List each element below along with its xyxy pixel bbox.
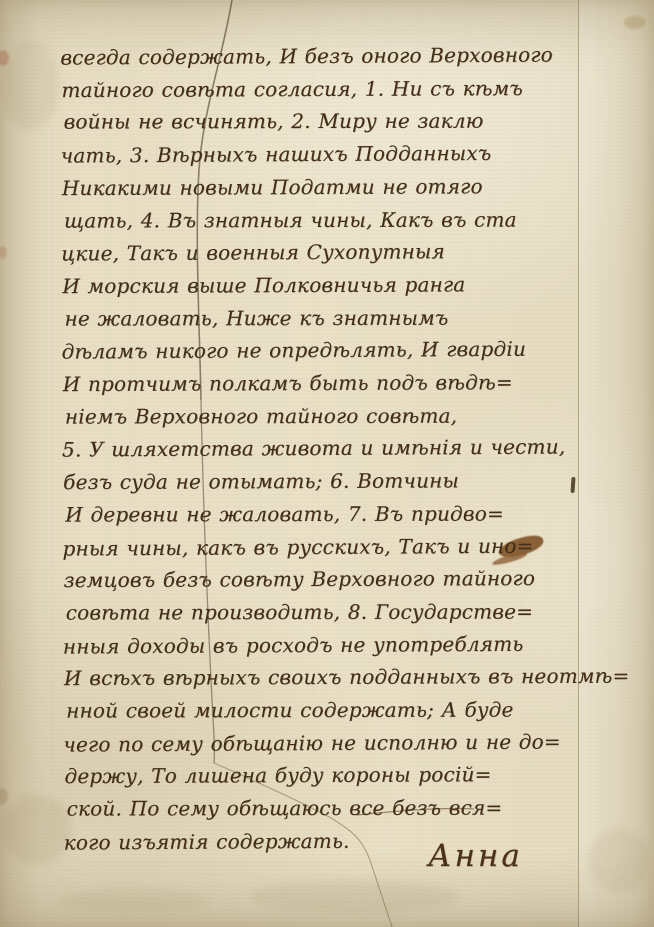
manuscript-line: цкие, Такъ и военныя Сухопутныя bbox=[61, 235, 577, 271]
manuscript-line: безъ суда не отымать; 6. Вотчины bbox=[63, 464, 579, 499]
manuscript-line: чать, 3. Вѣрныхъ нашихъ Подданныхъ bbox=[61, 137, 577, 173]
manuscript-line: 5. У шляхетства живота и имѣнія и чести, bbox=[62, 431, 578, 467]
page-fold-margin bbox=[578, 0, 654, 927]
manuscript-line: чего по сему обѣщанію не исполню и не до… bbox=[63, 725, 579, 761]
manuscript-line: земцовъ безъ совѣту Верховного тайного bbox=[64, 562, 580, 597]
show-through-smudge bbox=[60, 888, 210, 914]
foxing-spot bbox=[0, 246, 7, 259]
manuscript-line: щать, 4. Въ знатныя чины, Какъ въ ста bbox=[64, 203, 580, 237]
manuscript-line: Никакими новыми Податми не отяго bbox=[62, 170, 578, 205]
foxing-spot bbox=[624, 16, 646, 29]
manuscript-line: И всѣхъ вѣрныхъ своихъ подданныхъ въ нео… bbox=[64, 660, 580, 695]
manuscript-page: всегда содержать, И безъ оного Верховног… bbox=[0, 0, 654, 927]
manuscript-line: И деревни не жаловать, 7. Въ придво= bbox=[65, 497, 581, 531]
show-through-smudge bbox=[0, 40, 60, 130]
manuscript-line: ніемъ Верховного тайного совѣта, bbox=[65, 399, 581, 433]
show-through-smudge bbox=[588, 828, 650, 892]
foxing-spot bbox=[0, 50, 9, 66]
manuscript-line: нной своей милости содержать; А буде bbox=[66, 693, 582, 727]
foxing-spot bbox=[0, 788, 8, 805]
show-through-smudge bbox=[250, 880, 460, 914]
manuscript-line: дѣламъ никого не опредѣлять, И гвардіи bbox=[61, 333, 577, 369]
manuscript-line: войны не всчинять, 2. Миру не заклю bbox=[64, 105, 580, 139]
manuscript-line: нныя доходы въ росходъ не употреблять bbox=[63, 627, 579, 663]
manuscript-line: И морския выше Полковничья ранга bbox=[62, 268, 578, 303]
manuscript-line: рныя чины, какъ въ русскихъ, Такъ и ино= bbox=[62, 529, 578, 565]
manuscript-line: не жаловать, Ниже къ знатнымъ bbox=[64, 301, 580, 335]
signature-anna: Анна bbox=[428, 838, 523, 874]
manuscript-line: И протчимъ полкамъ быть подъ вѣдѣ= bbox=[63, 366, 579, 401]
manuscript-line: совѣта не производить, 8. Государстве= bbox=[66, 595, 582, 629]
manuscript-line: тайного совѣта согласия, 1. Ни съ кѣмъ bbox=[61, 72, 577, 107]
manuscript-line: ской. По сему обѣщаюсь все безъ вся= bbox=[67, 792, 583, 826]
show-through-smudge bbox=[2, 795, 72, 865]
manuscript-line: всегда содержать, И безъ оного Верховног… bbox=[60, 38, 576, 74]
manuscript-text: всегда содержать, И безъ оного Верховног… bbox=[61, 39, 581, 859]
manuscript-line: держу, То лишена буду короны росій= bbox=[64, 758, 580, 793]
